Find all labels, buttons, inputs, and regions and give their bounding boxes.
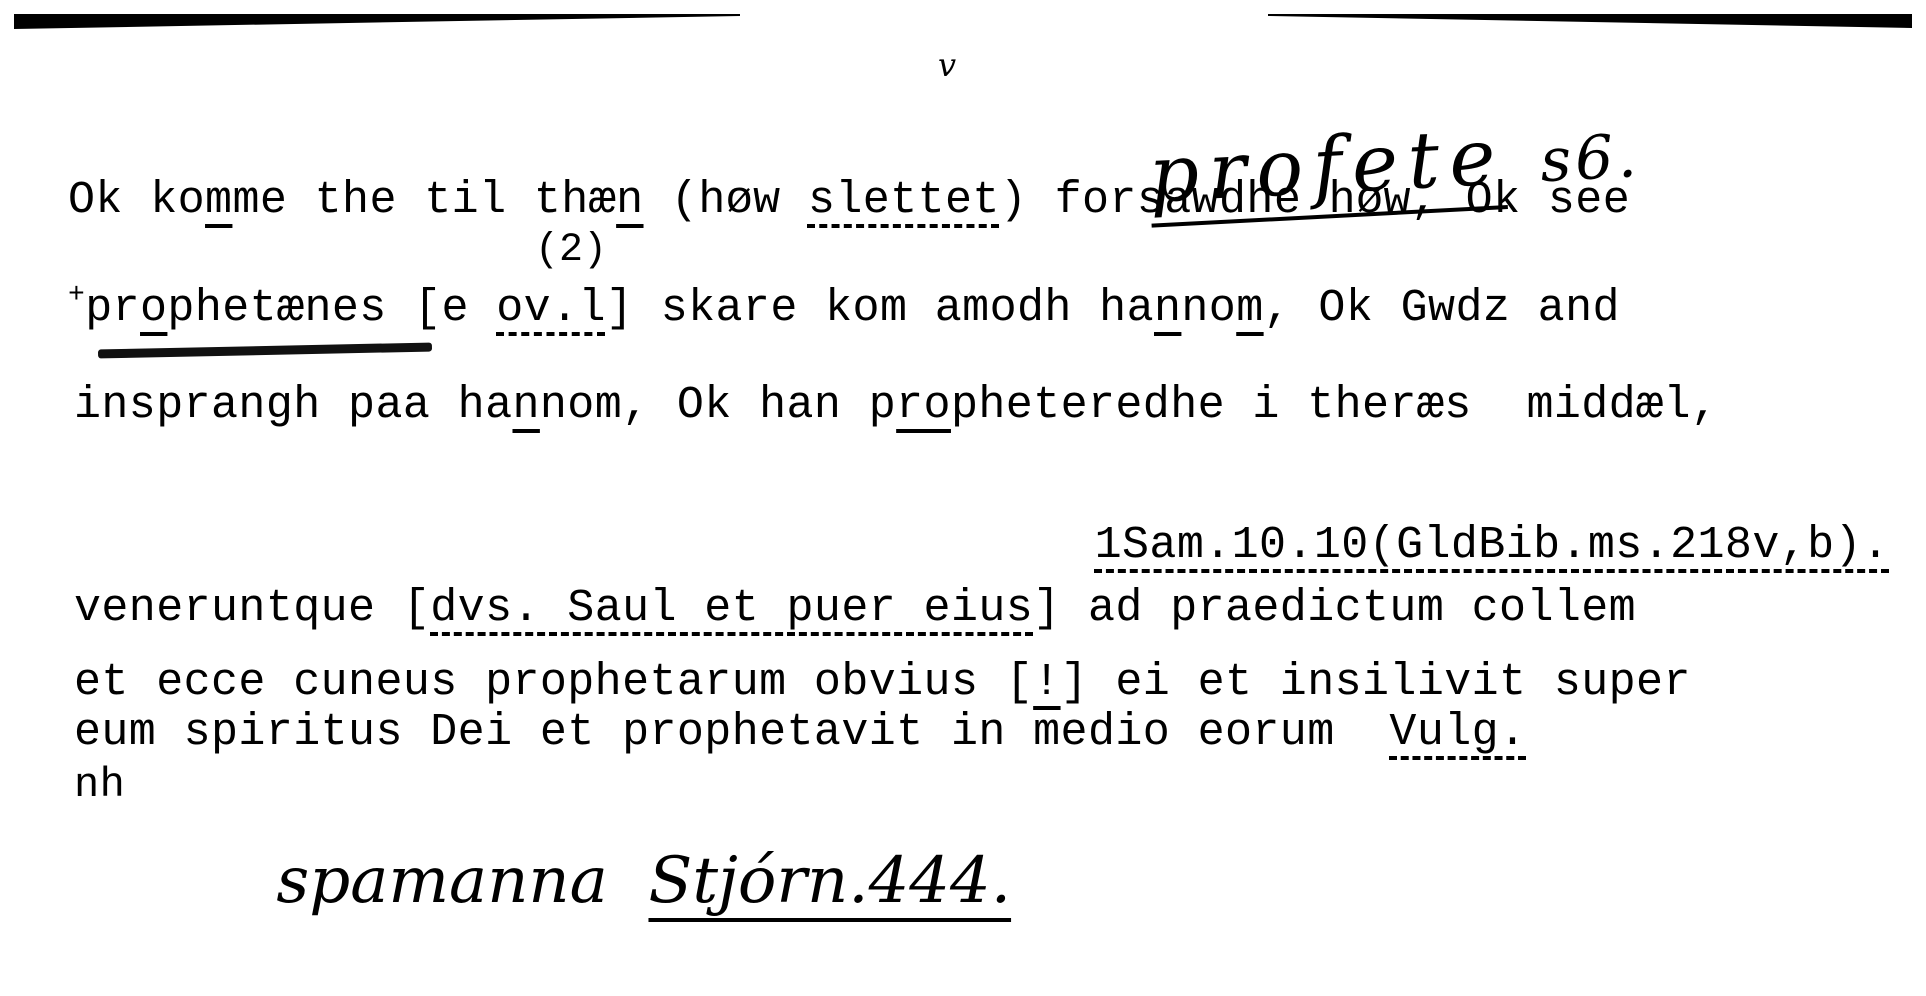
text-segment: veneruntque [ <box>74 583 430 634</box>
citation-slip: v profete s6. (2) Ok komme the til thæn … <box>0 0 1926 996</box>
text-segment: ] ei et insilivit super <box>1061 657 1691 708</box>
handwritten-gloss-line: spamanna Stjórn.444. <box>195 770 1011 992</box>
handwritten-gloss: spamanna <box>276 844 607 918</box>
vulgate-line-2: et ecce cuneus prophetarum obvius [!] ei… <box>74 660 1691 705</box>
underlined-text: n <box>1154 283 1181 334</box>
vulgate-line-3: eum spiritus Dei et prophetavit in medio… <box>74 710 1526 755</box>
text-segment: insprangh paa ha <box>74 380 512 431</box>
scan-top-edge <box>0 0 1926 40</box>
underlined-text: m <box>1236 283 1263 334</box>
text-segment: pr <box>85 283 140 334</box>
underlined-text: n <box>512 380 539 431</box>
footnote-mark: (2) <box>535 228 607 273</box>
underlined-text: o <box>140 283 167 334</box>
entry-marker: + <box>68 280 85 311</box>
text-segment: pheteredhe i theræs middæl, <box>951 380 1718 431</box>
struck-out-mark <box>98 343 432 359</box>
text-segment: ] skare kom amodh ha <box>606 283 1154 334</box>
vulgate-line-1: veneruntque [dvs. Saul et puer eius] ad … <box>74 586 1636 631</box>
underlined-text: Vulg. <box>1389 707 1526 758</box>
underlined-text: m <box>205 175 232 226</box>
text-segment: , Ok Gwdz and <box>1264 283 1620 334</box>
text-segment: me the til thæ <box>232 175 616 226</box>
underlined-text: ov.l <box>496 283 606 334</box>
nh-label: nh <box>74 764 125 806</box>
text-segment: et ecce cuneus prophetarum obvius [ <box>74 657 1033 708</box>
text-segment: ] ad praedictum collem <box>1033 583 1636 634</box>
check-mark: v <box>938 46 956 84</box>
handwritten-source: Stjórn.444. <box>648 844 1011 918</box>
text-segment: (høw <box>644 175 808 226</box>
text-segment: no <box>1181 283 1236 334</box>
underlined-text: n <box>616 175 643 226</box>
underlined-text: dvs. Saul et puer eius <box>430 583 1033 634</box>
old-swedish-line-2: +prophetænes [e ov.l] skare kom amodh ha… <box>68 282 1620 331</box>
text-segment: phetænes [e <box>167 283 496 334</box>
old-swedish-line-3: insprangh paa hannom, Ok han prophetered… <box>74 383 1718 428</box>
underlined-text: ! <box>1033 657 1060 708</box>
text-segment: eum spiritus Dei et prophetavit in medio… <box>74 707 1389 758</box>
underlined-text: ro <box>896 380 951 431</box>
old-swedish-line-1: Ok komme the til thæn (høw slettet) fors… <box>68 178 1630 223</box>
headword: profete s6. <box>1003 15 1647 318</box>
text-segment: Ok ko <box>68 175 205 226</box>
text-segment: nom, Ok han p <box>540 380 896 431</box>
text-segment: ) forsawdhe høw, Ok see <box>1000 175 1630 226</box>
underlined-text: slettet <box>808 175 1000 226</box>
